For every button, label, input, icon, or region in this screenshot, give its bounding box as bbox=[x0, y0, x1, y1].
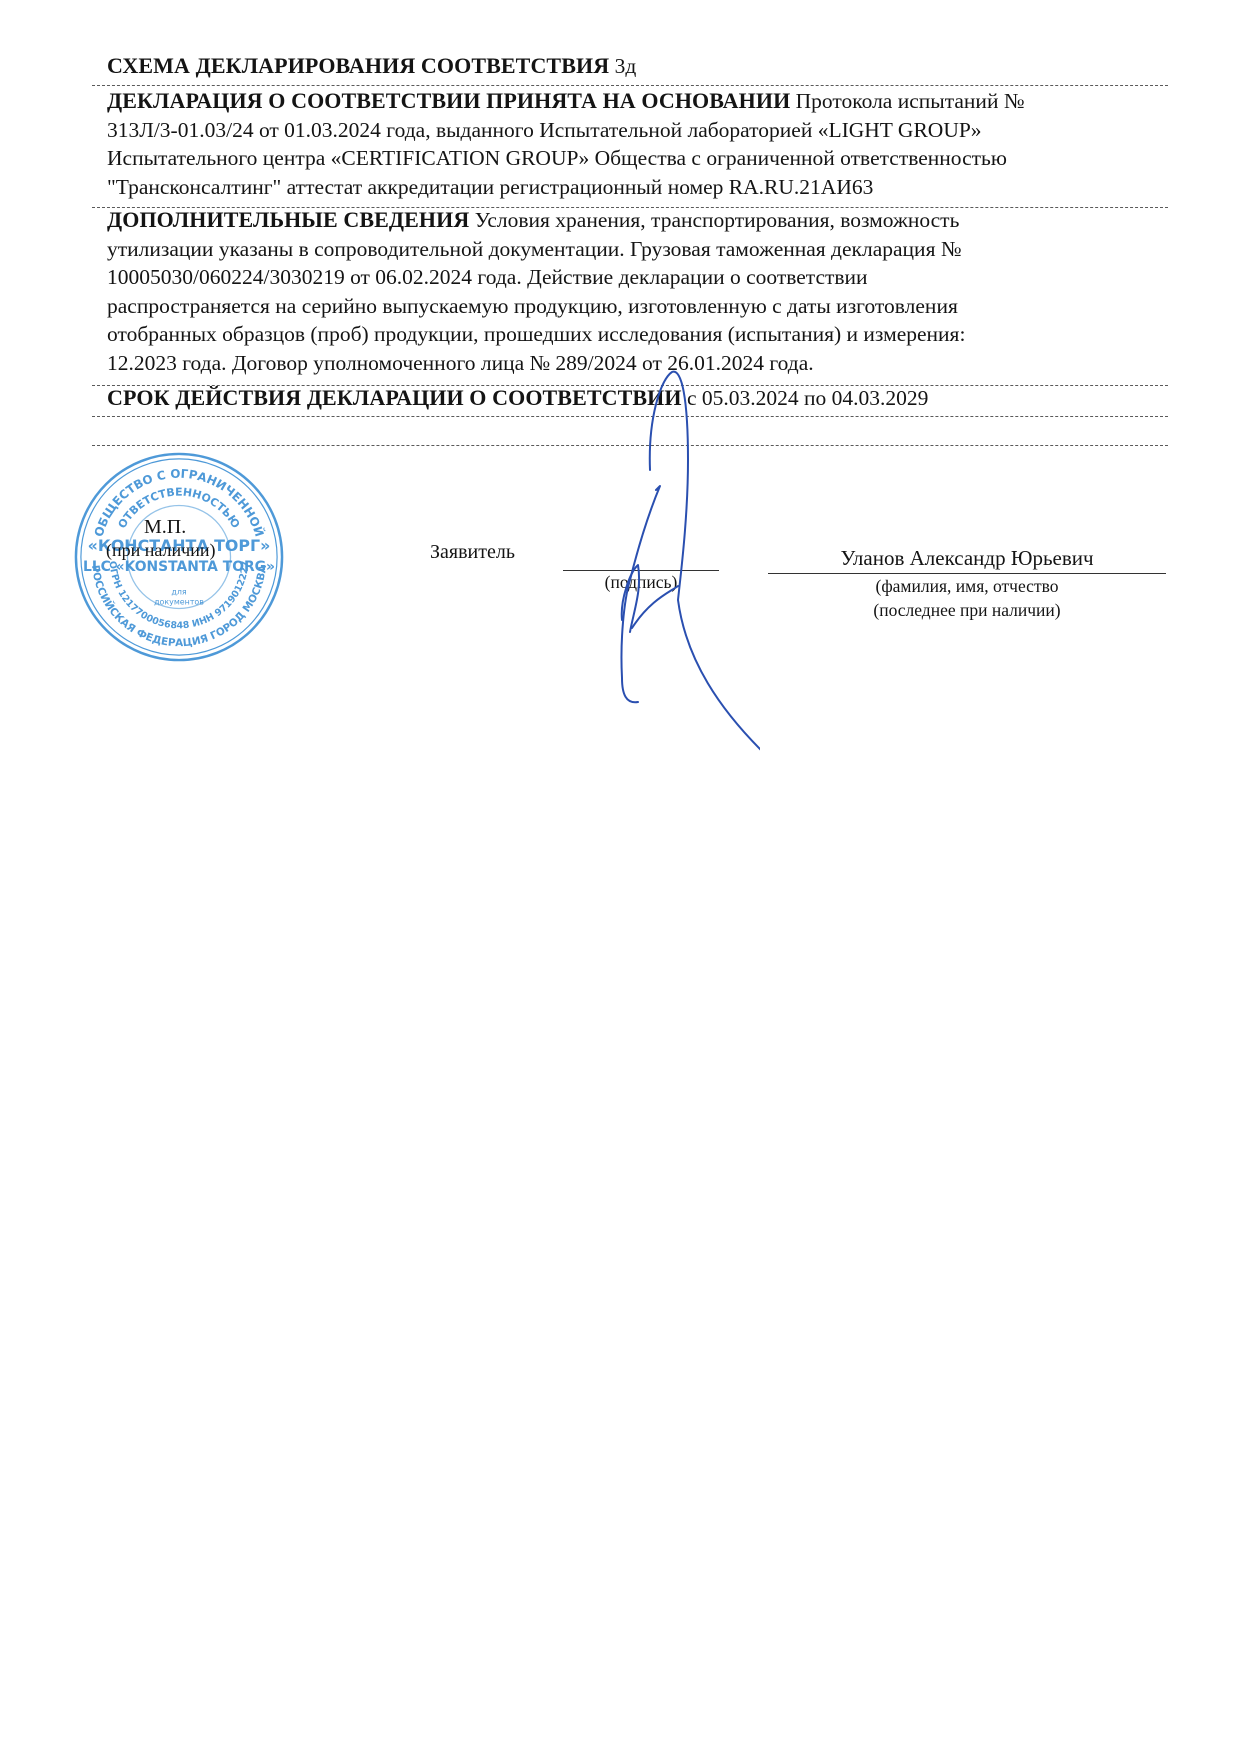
additional-label: ДОПОЛНИТЕЛЬНЫЕ СВЕДЕНИЯ bbox=[107, 207, 469, 232]
basis-label: ДЕКЛАРАЦИЯ О СООТВЕТСТВИИ ПРИНЯТА НА ОСН… bbox=[107, 88, 790, 113]
additional-text: распространяется на серийно выпускаемую … bbox=[107, 292, 1169, 321]
seal-note: (при наличии) bbox=[106, 540, 215, 561]
basis-text: 313Л/3-01.03/24 от 01.03.2024 года, выда… bbox=[107, 116, 1169, 145]
additional-text: 12.2023 года. Договор уполномоченного ли… bbox=[107, 349, 1169, 378]
dashed-divider bbox=[92, 416, 1168, 417]
basis-text: Испытательного центра «CERTIFICATION GRO… bbox=[107, 144, 1169, 173]
name-caption: (фамилия, имя, отчество bbox=[768, 575, 1166, 597]
name-caption: (последнее при наличии) bbox=[768, 599, 1166, 621]
signature-caption: (подпись) bbox=[563, 571, 719, 593]
applicant-label: Заявитель bbox=[430, 541, 515, 564]
validity-label: СРОК ДЕЙСТВИЯ ДЕКЛАРАЦИИ О СООТВЕТСТВИИ bbox=[107, 385, 682, 410]
basis-section: ДЕКЛАРАЦИЯ О СООТВЕТСТВИИ ПРИНЯТА НА ОСН… bbox=[107, 87, 1169, 201]
additional-text: Условия хранения, транспортирования, воз… bbox=[475, 208, 960, 232]
handwritten-signature-icon bbox=[560, 360, 760, 760]
additional-text: утилизации указаны в сопроводительной до… bbox=[107, 235, 1169, 264]
additional-section: ДОПОЛНИТЕЛЬНЫЕ СВЕДЕНИЯ Условия хранения… bbox=[107, 206, 1169, 377]
basis-text: "Трансконсалтинг" аттестат аккредитации … bbox=[107, 173, 1169, 202]
declaration-page: СХЕМА ДЕКЛАРИРОВАНИЯ СООТВЕТСТВИЯ 3д ДЕК… bbox=[0, 0, 1240, 1754]
scheme-row: СХЕМА ДЕКЛАРИРОВАНИЯ СООТВЕТСТВИЯ 3д bbox=[107, 52, 1169, 81]
basis-text: Протокола испытаний № bbox=[796, 89, 1025, 113]
additional-text: отобранных образцов (проб) продукции, пр… bbox=[107, 320, 1169, 349]
dashed-divider bbox=[92, 85, 1168, 86]
name-line bbox=[768, 573, 1166, 574]
scheme-value: 3д bbox=[615, 54, 637, 78]
additional-text: 10005030/060224/3030219 от 06.02.2024 го… bbox=[107, 263, 1169, 292]
seal-label: М.П. bbox=[144, 516, 186, 539]
svg-text:документов: документов bbox=[154, 598, 204, 607]
validity-row: СРОК ДЕЙСТВИЯ ДЕКЛАРАЦИИ О СООТВЕТСТВИИ … bbox=[107, 384, 1169, 413]
svg-text:для: для bbox=[171, 588, 187, 597]
validity-value: с 05.03.2024 по 04.03.2029 bbox=[687, 386, 928, 410]
dashed-divider bbox=[92, 445, 1168, 446]
applicant-full-name: Уланов Александр Юрьевич bbox=[768, 546, 1166, 571]
scheme-label: СХЕМА ДЕКЛАРИРОВАНИЯ СООТВЕТСТВИЯ bbox=[107, 53, 609, 78]
